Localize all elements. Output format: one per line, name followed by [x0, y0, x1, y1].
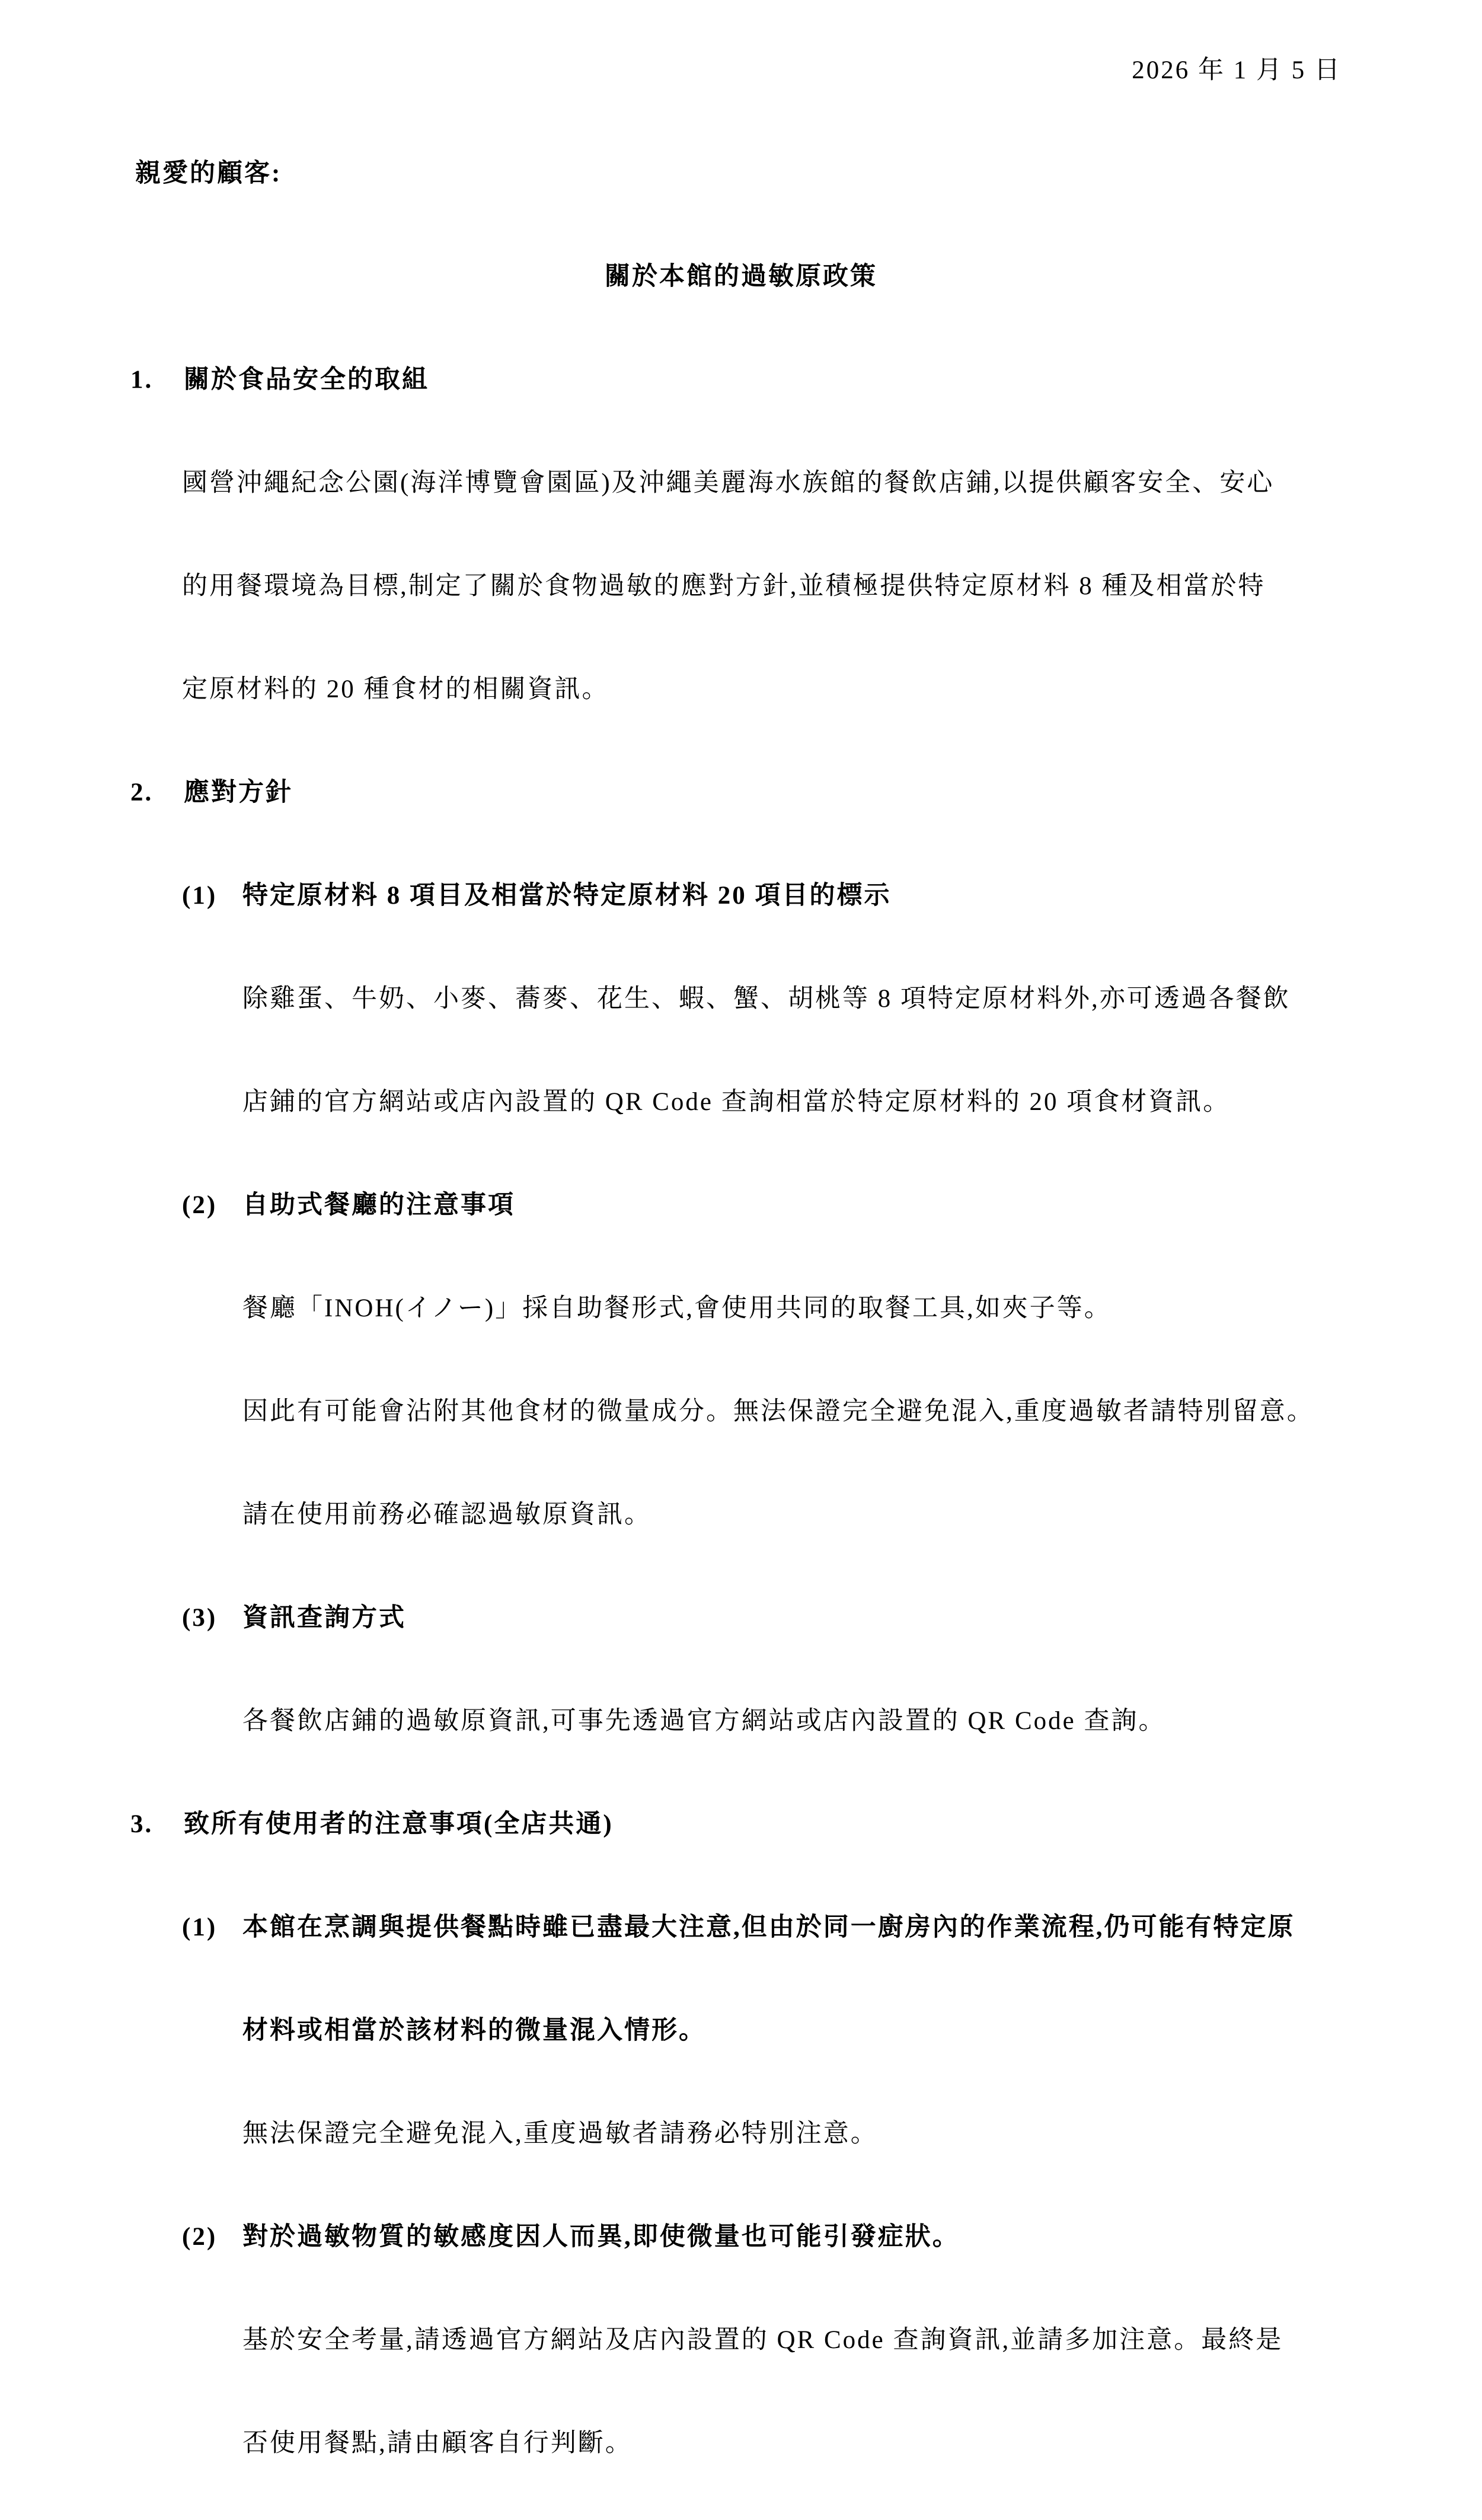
section-2-heading: 2. 應對方針 — [0, 741, 1482, 844]
section-3-item-1: (1) 本館在烹調與提供餐點時雖已盡最大注意,但由於同一廚房內的作業流程,仍可能… — [0, 1876, 1482, 2186]
item-heading-text: 特定原材料 8 項目及相當於特定原材料 20 項目的標示 — [242, 882, 892, 910]
paragraph-line: 無法保證完全避免混入,重度過敏者請務必特別注意。 — [0, 2082, 1482, 2186]
item-number: (1) — [182, 844, 217, 948]
item-heading-text: 自助式餐廳的注意事項 — [242, 1191, 515, 1219]
item-number: (1) — [182, 1876, 217, 1979]
section-3-item-2: (2) 對於過敏物質的敏感度因人而異,即使微量也可能引發症狀。 基於安全考量,請… — [0, 2186, 1482, 2495]
section-2-item-3: (3) 資訊查詢方式 各餐飲店鋪的過敏原資訊,可事先透過官方網站或店內設置的 Q… — [0, 1567, 1482, 1773]
item-heading: (1) 特定原材料 8 項目及相當於特定原材料 20 項目的標示 — [0, 844, 1482, 948]
paragraph-line: 除雞蛋、牛奶、小麥、蕎麥、花生、蝦、蟹、胡桃等 8 項特定原材料外,亦可透過各餐… — [0, 948, 1482, 1051]
document-title: 關於本館的過敏原政策 — [0, 225, 1482, 328]
item-heading: (3) 資訊查詢方式 — [0, 1567, 1482, 1670]
document-page: 2026 年 1 月 5 日 親愛的顧客: 關於本館的過敏原政策 1. 關於食品… — [0, 0, 1482, 2520]
section-2-item-2: (2) 自助式餐廳的注意事項 餐廳「INOH(イノー)」採自助餐形式,會使用共同… — [0, 1154, 1482, 1567]
greeting: 親愛的顧客: — [0, 122, 1482, 225]
paragraph-line: 請在使用前務必確認過敏原資訊。 — [0, 1463, 1482, 1567]
item-heading-text: 對於過敏物質的敏感度因人而異,即使微量也可能引發症狀。 — [242, 2223, 960, 2251]
paragraph-line: 否使用餐點,請由顧客自行判斷。 — [0, 2392, 1482, 2495]
item-heading-text: 本館在烹調與提供餐點時雖已盡最大注意,但由於同一廚房內的作業流程,仍可能有特定原 — [242, 1913, 1295, 1941]
item-heading: (2) 對於過敏物質的敏感度因人而異,即使微量也可能引發症狀。 — [0, 2186, 1482, 2289]
paragraph-line: 的用餐環境為目標,制定了關於食物過敏的應對方針,並積極提供特定原材料 8 種及相… — [0, 535, 1482, 638]
section-1-number: 1. — [130, 328, 153, 432]
item-number: (3) — [182, 1567, 217, 1670]
section-2-item-1: (1) 特定原材料 8 項目及相當於特定原材料 20 項目的標示 除雞蛋、牛奶、… — [0, 844, 1482, 1154]
section-3-heading-text: 致所有使用者的注意事項(全店共通) — [184, 1810, 614, 1838]
section-1: 1. 關於食品安全的取組 國營沖繩紀念公園(海洋博覽會園區)及沖繩美麗海水族館的… — [0, 328, 1482, 741]
section-2-number: 2. — [130, 741, 153, 844]
paragraph-line: 各餐飲店鋪的過敏原資訊,可事先透過官方網站或店內設置的 QR Code 查詢。 — [0, 1670, 1482, 1773]
section-3-number: 3. — [130, 1773, 153, 1876]
item-number: (2) — [182, 1154, 217, 1257]
paragraph-line: 定原材料的 20 種食材的相關資訊。 — [0, 638, 1482, 741]
item-heading: (2) 自助式餐廳的注意事項 — [0, 1154, 1482, 1257]
item-heading: (1) 本館在烹調與提供餐點時雖已盡最大注意,但由於同一廚房內的作業流程,仍可能… — [0, 1876, 1482, 1979]
paragraph-line: 店鋪的官方網站或店內設置的 QR Code 查詢相當於特定原材料的 20 項食材… — [0, 1051, 1482, 1154]
section-1-heading: 1. 關於食品安全的取組 — [0, 328, 1482, 432]
item-heading-text: 資訊查詢方式 — [242, 1604, 406, 1632]
section-3: 3. 致所有使用者的注意事項(全店共通) (1) 本館在烹調與提供餐點時雖已盡最… — [0, 1773, 1482, 2495]
document-date: 2026 年 1 月 5 日 — [0, 19, 1482, 122]
section-1-heading-text: 關於食品安全的取組 — [184, 366, 429, 394]
item-heading-continuation: 材料或相當於該材料的微量混入情形。 — [0, 1979, 1482, 2082]
paragraph-line: 國營沖繩紀念公園(海洋博覽會園區)及沖繩美麗海水族館的餐飲店鋪,以提供顧客安全、… — [0, 432, 1482, 535]
section-3-heading: 3. 致所有使用者的注意事項(全店共通) — [0, 1773, 1482, 1876]
paragraph-line: 因此有可能會沾附其他食材的微量成分。無法保證完全避免混入,重度過敏者請特別留意。 — [0, 1360, 1482, 1463]
section-2: 2. 應對方針 (1) 特定原材料 8 項目及相當於特定原材料 20 項目的標示… — [0, 741, 1482, 1773]
section-2-heading-text: 應對方針 — [184, 779, 293, 806]
paragraph-line: 餐廳「INOH(イノー)」採自助餐形式,會使用共同的取餐工具,如夾子等。 — [0, 1257, 1482, 1360]
paragraph-line: 基於安全考量,請透過官方網站及店內設置的 QR Code 查詢資訊,並請多加注意… — [0, 2289, 1482, 2392]
item-number: (2) — [182, 2186, 217, 2289]
